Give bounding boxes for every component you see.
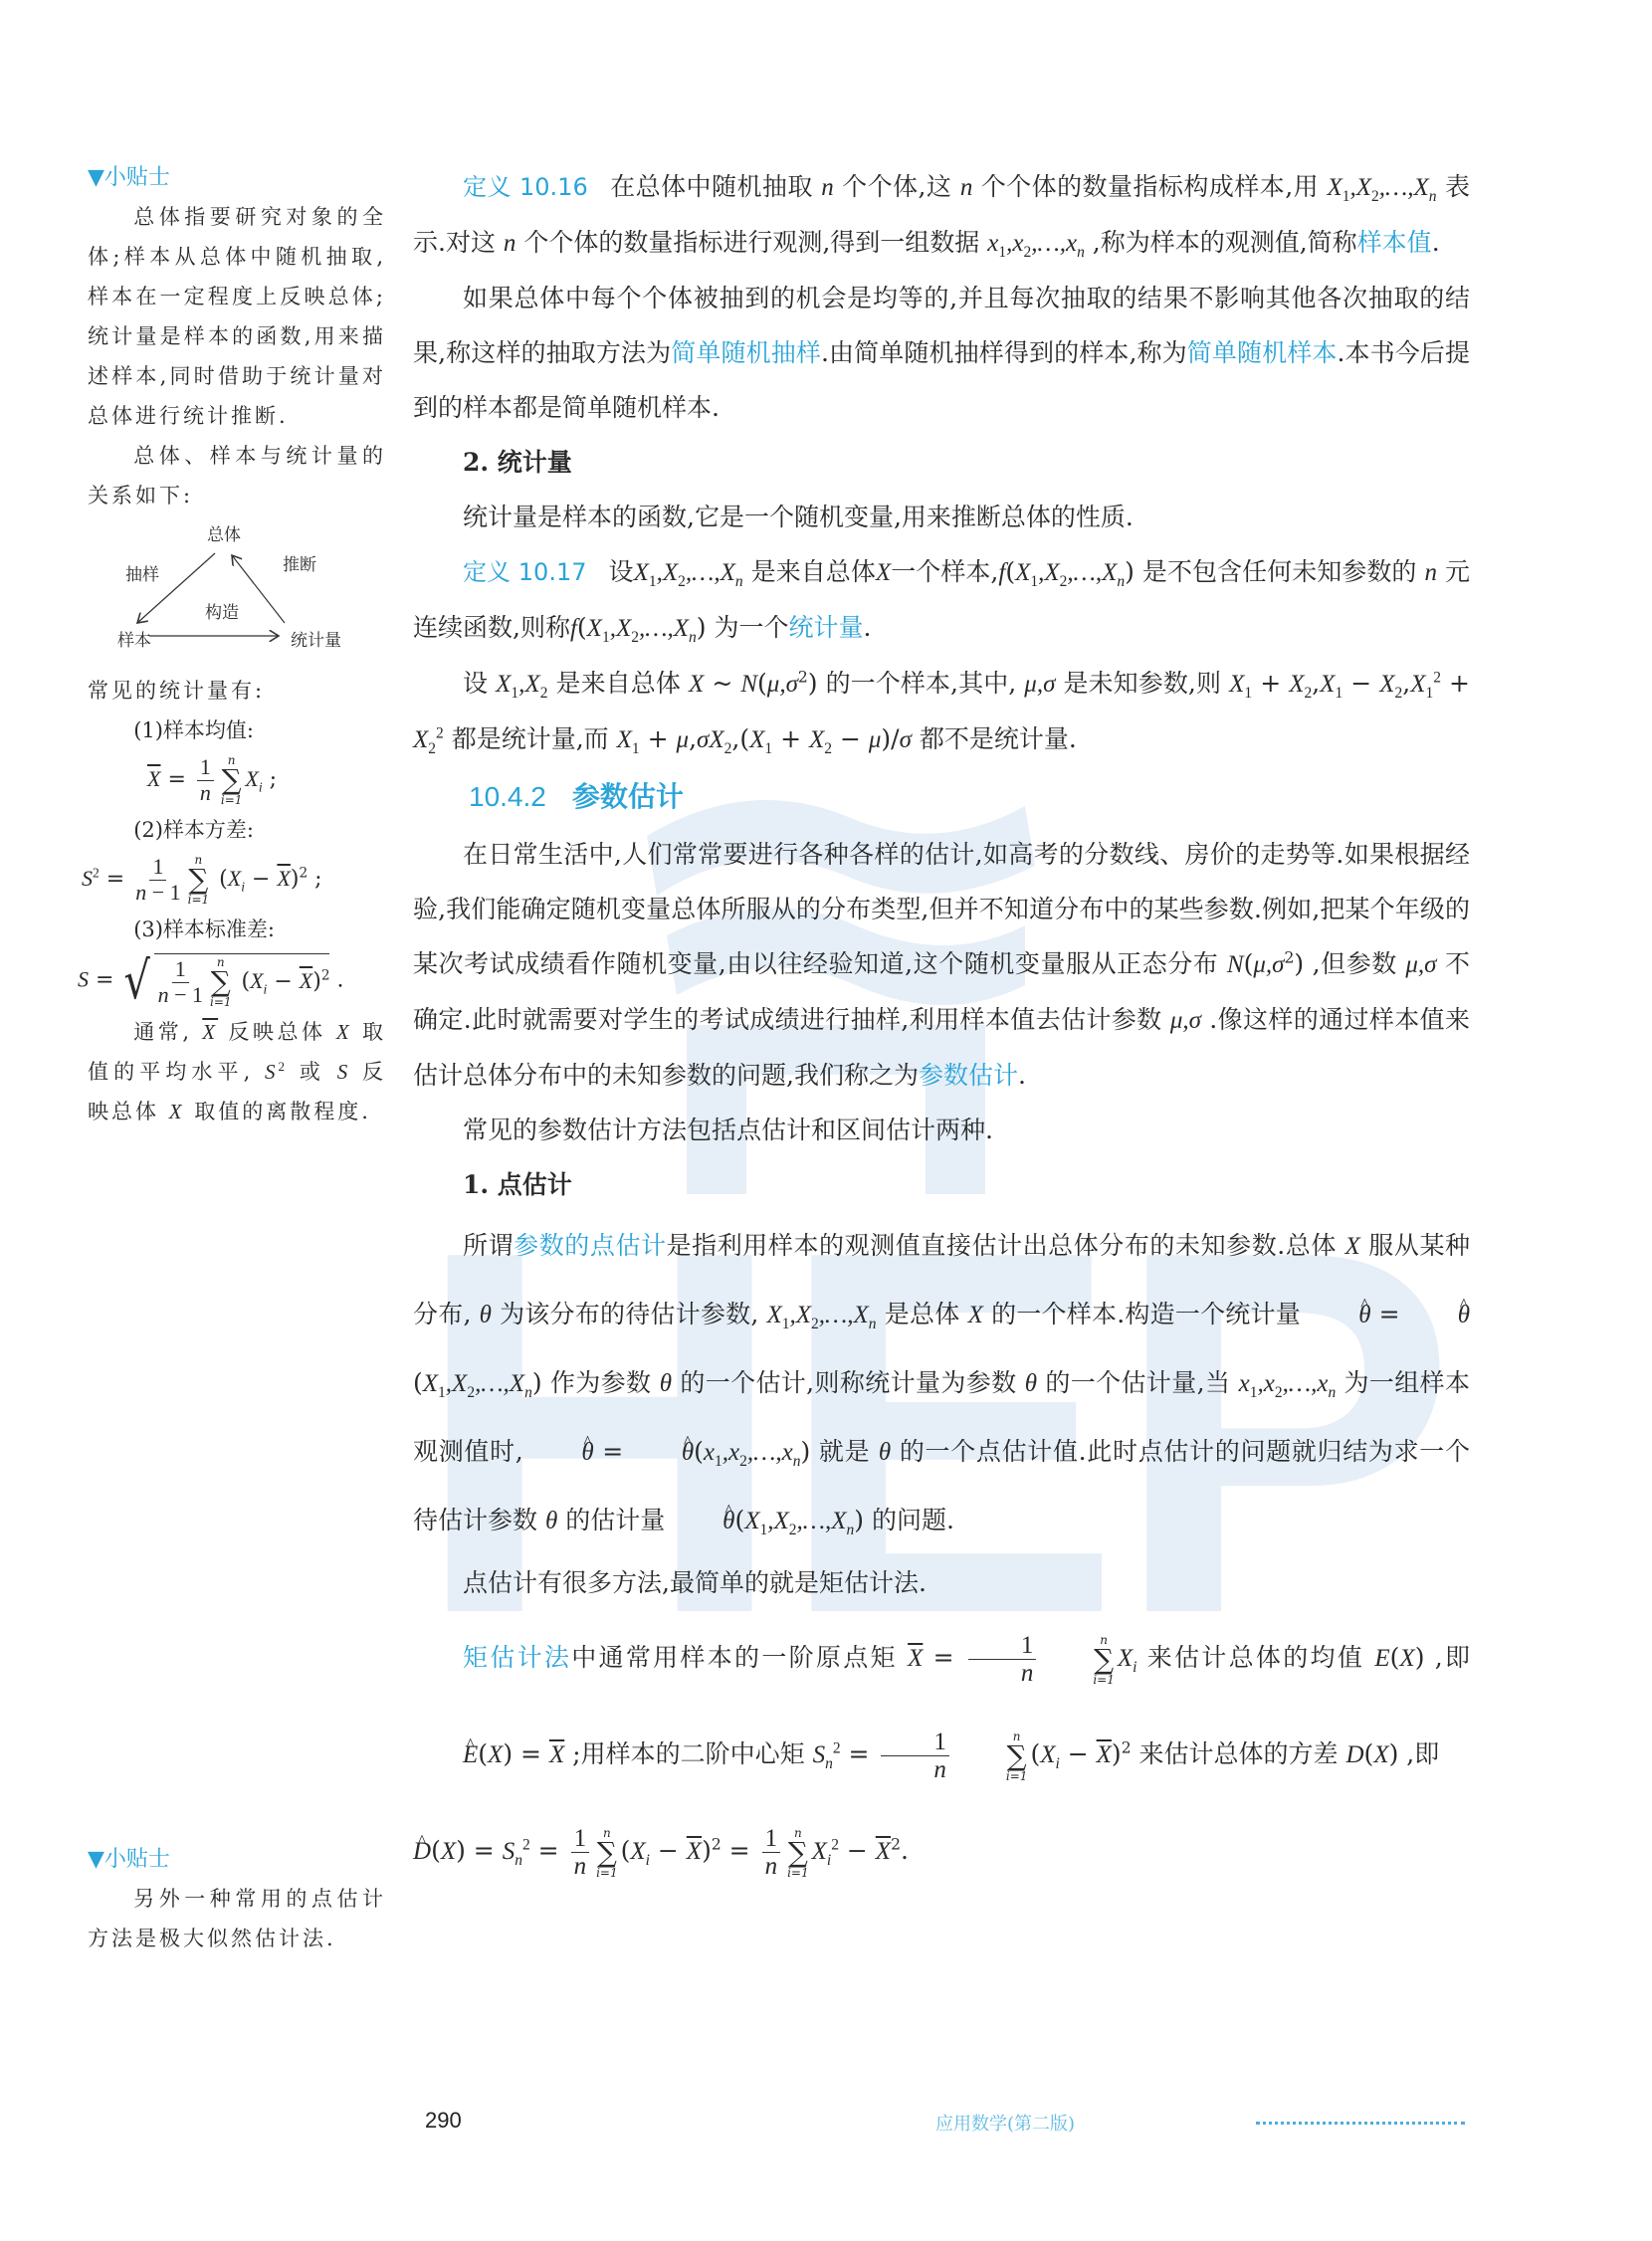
section-title: 参数估计: [572, 780, 684, 813]
section-number: 10.4.2: [469, 781, 546, 812]
stat-item-variance: (2)样本方差:: [88, 810, 386, 850]
paragraph-estimation-intro: 在日常生活中,人们常常要进行各种各样的估计,如高考的分数线、房价的走势等.如果根…: [413, 827, 1470, 1103]
subheading-point-estimation: 1. 点估计: [413, 1157, 1470, 1212]
term-parameter-estimation: 参数估计: [919, 1061, 1018, 1090]
tip-text-mle: 另外一种常用的点估计方法是极大似然估计法.: [88, 1879, 386, 1958]
tip-title: ▼小贴士: [88, 1841, 386, 1879]
term-moment-method: 矩估计法: [463, 1643, 571, 1672]
diagram-node-statistic: 统计量: [291, 621, 341, 661]
formula-sample-variance: S2 = 1n − 1n∑i=1 (Xi − X)2 ;: [82, 854, 386, 906]
main-content: 定义 10.16在总体中随机抽取 n 个个体,这 n 个个体的数量指标构成样本,…: [413, 159, 1470, 1900]
tip-text: 总体指要研究对象的全体;样本从总体中随机抽取,样本在一定程度上反映总体;统计量是…: [88, 197, 386, 436]
term-simple-random-sample: 简单随机样本: [1187, 338, 1338, 367]
page-footer: 290 应用数学(第二版): [0, 2108, 1652, 2147]
page-number: 290: [425, 2108, 462, 2134]
formula-variance-estimate: D(X) = Sn2 = 1nn∑i=1(Xi − X)2 = 1nn∑i=1X…: [413, 1803, 1470, 1900]
paragraph-point-methods: 点估计有很多方法,最简单的就是矩估计法.: [413, 1555, 1470, 1610]
diagram-edge-sampling: 抽样: [125, 555, 159, 595]
diagram-node-sample: 样本: [117, 621, 151, 661]
definition-10-17: 定义 10.17设X1,X2,…,Xn 是来自总体X一个样本,f(X1,X2,……: [413, 544, 1470, 656]
definition-label: 定义 10.16: [463, 173, 588, 201]
definition-10-16: 定义 10.16在总体中随机抽取 n 个个体,这 n 个个体的数量指标构成样本,…: [413, 159, 1470, 271]
term-statistic: 统计量: [788, 613, 863, 642]
stat-item-std: (3)样本标准差:: [88, 910, 386, 949]
definition-label: 定义 10.17: [463, 558, 586, 586]
section-heading-10-4-2: 10.4.2参数估计: [413, 767, 1470, 827]
tip-note-mean-variance: 通常, X 反映总体 X 取值的平均水平, S2 或 S 反映总体 X 取值的离…: [88, 1012, 386, 1131]
paragraph-statistic-example: 设 X1,X2 是来自总体 X ~ N(μ,σ2) 的一个样本,其中, μ,σ …: [413, 656, 1470, 767]
tip-text-relation: 总体、样本与统计量的关系如下:: [88, 436, 386, 515]
diagram-edge-inference: 推断: [283, 545, 316, 585]
paragraph-point-estimation: 所谓参数的点估计是指利用样本的观测值直接估计出总体分布的未知参数.总体 X 服从…: [413, 1212, 1470, 1555]
diagram-edge-construct: 构造: [205, 593, 239, 633]
term-simple-random-sampling: 简单随机抽样: [671, 338, 821, 367]
formula-sample-std: S = √1n − 1n∑i=1 (Xi − X)2 .: [78, 953, 386, 1008]
subheading-statistic: 2. 统计量: [413, 435, 1470, 490]
paragraph-statistic-intro: 统计量是样本的函数,它是一个随机变量,用来推断总体的性质.: [413, 490, 1470, 544]
footer-dotted-rule: [1256, 2122, 1465, 2125]
book-title: 应用数学(第二版): [935, 2110, 1075, 2136]
relation-diagram: 总体 抽样 推断 构造 样本 统计量: [88, 515, 386, 645]
common-stats-title: 常见的统计量有:: [88, 671, 386, 711]
stat-item-mean: (1)样本均值:: [88, 711, 386, 750]
paragraph-simple-random-sampling: 如果总体中每个个体被抽到的机会是均等的,并且每次抽取的结果不影响其他各次抽取的结…: [413, 271, 1470, 435]
paragraph-estimation-methods: 常见的参数估计方法包括点估计和区间估计两种.: [413, 1103, 1470, 1157]
diagram-node-population: 总体: [207, 515, 241, 555]
tip-box-2: ▼小贴士 另外一种常用的点估计方法是极大似然估计法.: [88, 1841, 386, 1958]
paragraph-moment-estimation: 矩估计法中通常用样本的一阶原点矩 X = 1nn∑i=1Xi 来估计总体的均值 …: [413, 1610, 1470, 1803]
term-point-estimation: 参数的点估计: [514, 1231, 666, 1260]
term-sample-value: 样本值: [1357, 228, 1432, 257]
formula-sample-mean: X = 1nn∑i=1Xi ;: [88, 754, 386, 806]
tip-box-1: ▼小贴士 总体指要研究对象的全体;样本从总体中随机抽取,样本在一定程度上反映总体…: [88, 159, 386, 1131]
sidebar-notes: ▼小贴士 总体指要研究对象的全体;样本从总体中随机抽取,样本在一定程度上反映总体…: [88, 159, 386, 1131]
tip-title: ▼小贴士: [88, 159, 386, 197]
